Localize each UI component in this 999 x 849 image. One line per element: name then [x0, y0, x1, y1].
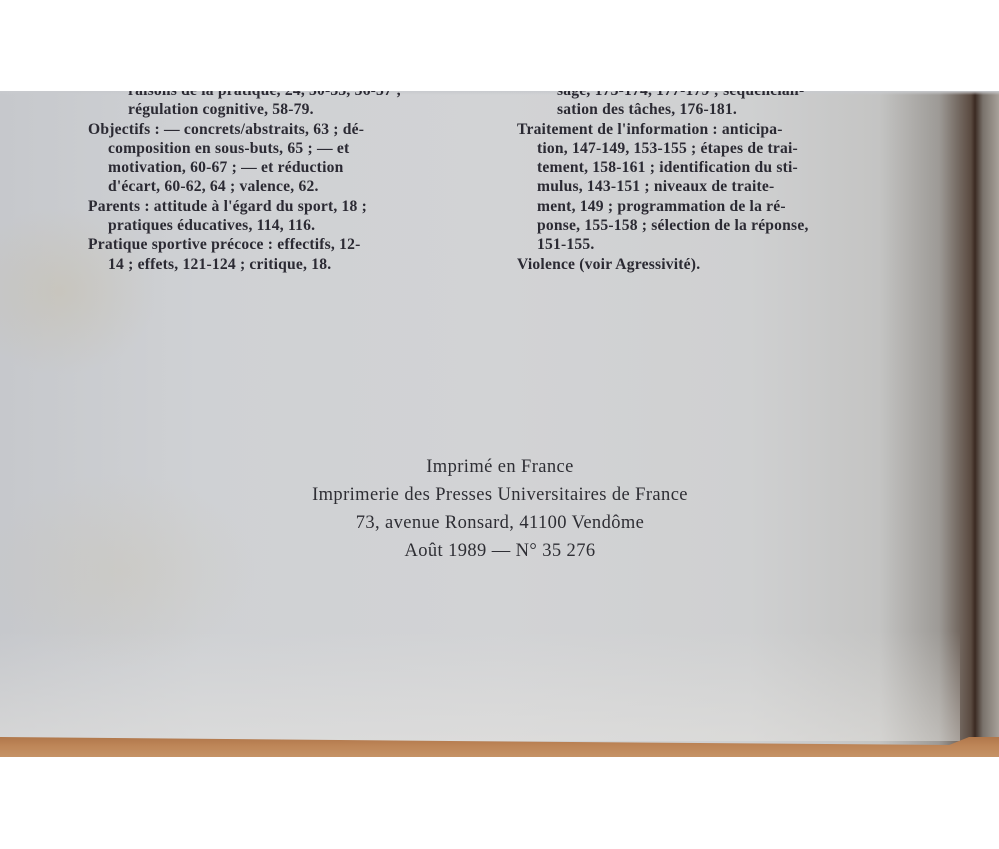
- index-line: d'écart, 60-62, 64 ; valence, 62.: [128, 177, 474, 196]
- printer-imprint: Imprimé en France Imprimerie des Presses…: [250, 453, 750, 565]
- index-line: tion, 147-149, 153-155 ; étapes de trai-: [557, 139, 893, 158]
- index-entry-pratique-sportive-precoce: Pratique sportive précoce : effectifs, 1…: [108, 235, 474, 274]
- index-line: 14 ; effets, 121-124 ; critique, 18.: [128, 255, 474, 274]
- index-column-left: raisons de la pratique, 24, 30-33, 36-37…: [108, 91, 474, 274]
- index-line: Traitement de l'information : anticipa-: [537, 120, 893, 139]
- index-line: 151-155.: [557, 235, 893, 254]
- index-line: sation des tâches, 176-181.: [557, 100, 893, 119]
- index-line: composition en sous-buts, 65 ; — et: [128, 139, 474, 158]
- imprint-country: Imprimé en France: [250, 453, 750, 481]
- index-line: tement, 158-161 ; identification du sti-: [557, 158, 893, 177]
- index-line: Violence (voir Agressivité).: [537, 255, 893, 274]
- index-line: pratiques éducatives, 114, 116.: [128, 216, 474, 235]
- index-line: Parents : attitude à l'égard du sport, 1…: [108, 197, 474, 216]
- index-line: Pratique sportive précoce : effectifs, 1…: [108, 235, 474, 254]
- index-line: sage, 173-174, 177-179 ; séquenciali-: [557, 91, 893, 100]
- index-entry-parents: Parents : attitude à l'égard du sport, 1…: [108, 197, 474, 236]
- index-line: ment, 149 ; programmation de la ré-: [557, 197, 893, 216]
- imprint-address: 73, avenue Ronsard, 41100 Vendôme: [250, 509, 750, 537]
- index-column-right: sage, 173-174, 177-179 ; séquenciali- sa…: [537, 91, 893, 274]
- index-line: ponse, 155-158 ; sélection de la réponse…: [557, 216, 893, 235]
- index-line: Objectifs : — concrets/abstraits, 63 ; d…: [108, 120, 474, 139]
- index-entry-violence: Violence (voir Agressivité).: [537, 255, 893, 274]
- index-entry-traitement-information: Traitement de l'information : anticipa- …: [537, 120, 893, 255]
- book-page-photo: raisons de la pratique, 24, 30-33, 36-37…: [0, 91, 999, 757]
- index-line: régulation cognitive, 58-79.: [128, 100, 474, 119]
- index-entry-continuation: sage, 173-174, 177-179 ; séquenciali- sa…: [537, 91, 893, 120]
- index-line: raisons de la pratique, 24, 30-33, 36-37…: [128, 91, 474, 100]
- index-entry-objectifs: Objectifs : — concrets/abstraits, 63 ; d…: [108, 120, 474, 197]
- index-line: motivation, 60-67 ; — et réduction: [128, 158, 474, 177]
- page-shading: [0, 631, 960, 741]
- index-entry-continuation: raisons de la pratique, 24, 30-33, 36-37…: [108, 91, 474, 120]
- index-line: mulus, 143-151 ; niveaux de traite-: [557, 177, 893, 196]
- imprint-date-number: Août 1989 — N° 35 276: [250, 537, 750, 565]
- imprint-printer: Imprimerie des Presses Universitaires de…: [250, 481, 750, 509]
